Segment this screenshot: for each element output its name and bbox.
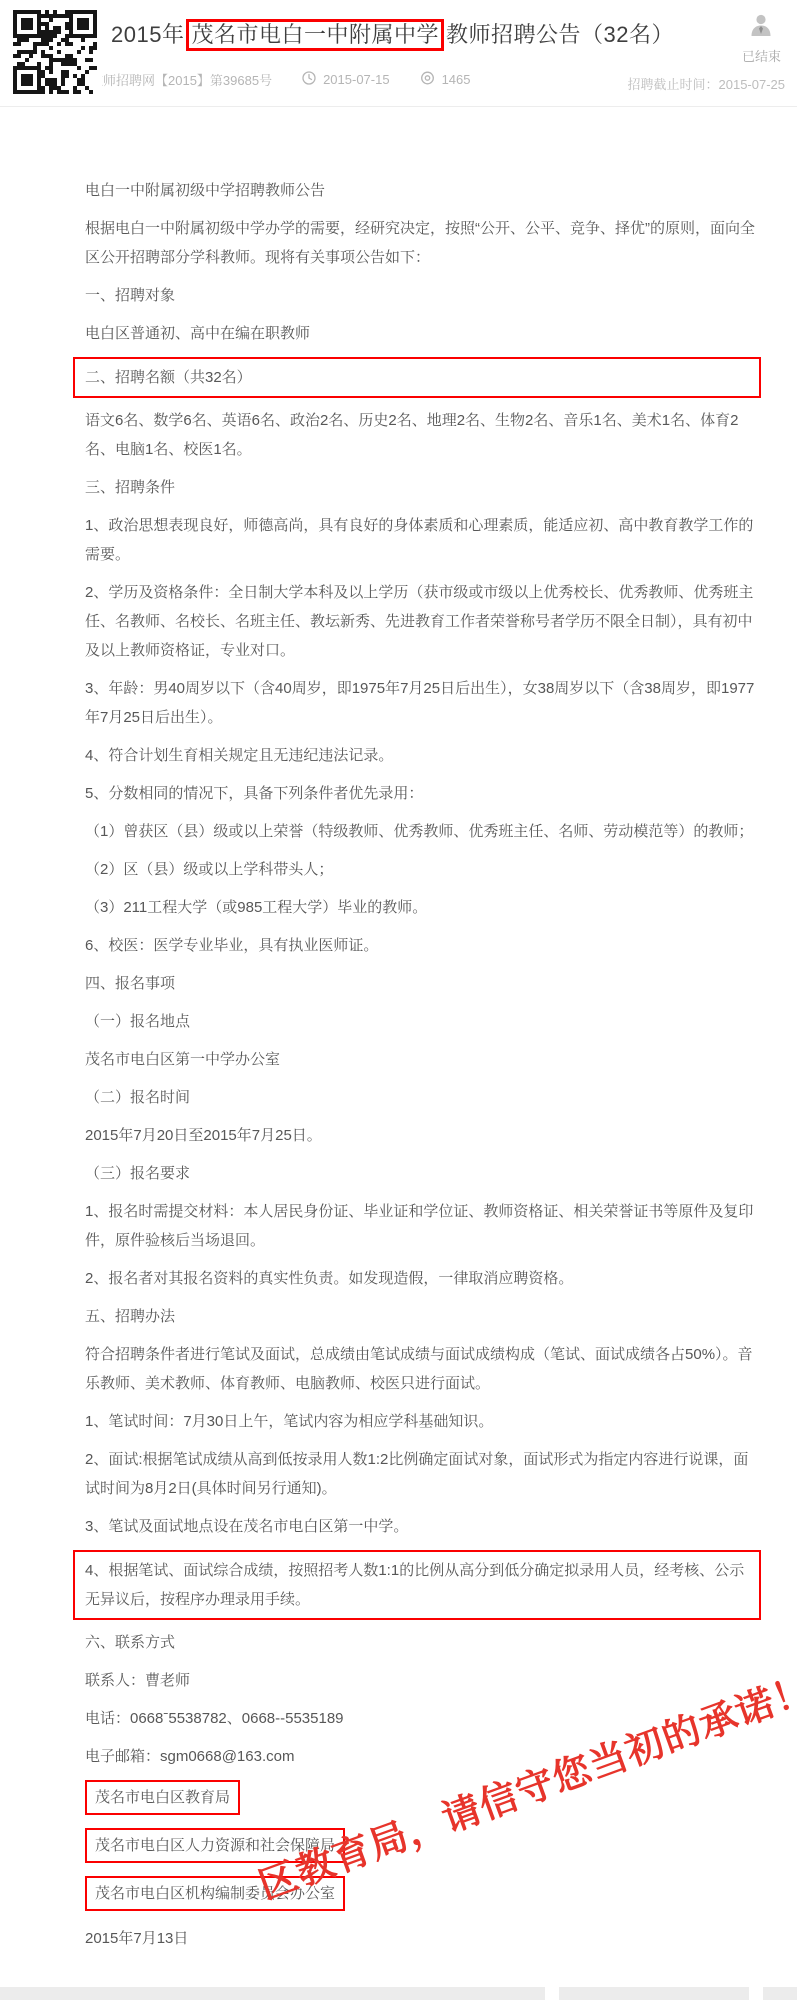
- footer-divider-segment: [0, 1987, 545, 2000]
- eye-icon: [420, 71, 435, 88]
- paragraph: 1、笔试时间：7月30日上午，笔试内容为相应学科基础知识。: [85, 1407, 757, 1436]
- paragraph: 5、分数相同的情况下，具备下列条件者优先录用：: [85, 779, 757, 808]
- article-meta: 教师招聘网【2015】第39685号 2015-07-15 1465: [90, 70, 471, 89]
- paragraph: 三、招聘条件: [85, 473, 757, 502]
- qr-code: [8, 5, 102, 99]
- paragraph: （二）报名时间: [85, 1083, 757, 1112]
- paragraph: 2、学历及资格条件：全日制大学本科及以上学历（获市级或市级以上优秀校长、优秀教师…: [85, 578, 757, 665]
- announcement-body: 电白一中附属初级中学招聘教师公告根据电白一中附属初级中学办学的需要，经研究决定，…: [85, 176, 757, 1962]
- status-badge: 已结束: [742, 46, 781, 65]
- paragraph: （2）区（县）级或以上学科带头人；: [85, 855, 757, 884]
- paragraph: 符合招聘条件者进行笔试及面试，总成绩由笔试成绩与面试成绩构成（笔试、面试成绩各占…: [85, 1340, 757, 1398]
- paragraph: 电白区普通初、高中在编在职教师: [85, 319, 757, 348]
- paragraph: （一）报名地点: [85, 1007, 757, 1036]
- paragraph: （3）211工程大学（或985工程大学）毕业的教师。: [85, 893, 757, 922]
- highlighted-paragraph: 4、根据笔试、面试综合成绩，按照招考人数1:1的比例从高分到低分确定拟录用人员，…: [73, 1550, 761, 1620]
- person-icon: [748, 25, 774, 42]
- paragraph: 六、联系方式: [85, 1628, 757, 1657]
- signature-line: 茂名市电白区机构编制委员会办公室: [85, 1876, 757, 1911]
- qr-code-pattern: [13, 10, 97, 94]
- paragraph: 3、笔试及面试地点设在茂名市电白区第一中学。: [85, 1512, 757, 1541]
- issue-number: 教师招聘网【2015】第39685号: [90, 70, 272, 89]
- clock-icon: [302, 71, 316, 88]
- highlighted-paragraph: 二、招聘名额（共32名）: [73, 357, 761, 398]
- paragraph: 五、招聘办法: [85, 1302, 757, 1331]
- paragraph: 四、报名事项: [85, 969, 757, 998]
- view-count: 1465: [442, 72, 471, 87]
- paragraph: 6、校医：医学专业毕业，具有执业医师证。: [85, 931, 757, 960]
- page-title: 2015年茂名市电白一中附属中学教师招聘公告（32名）: [111, 18, 674, 51]
- title-suffix: 教师招聘公告（32名）: [446, 22, 674, 47]
- paragraph: 茂名市电白区第一中学办公室: [85, 1045, 757, 1074]
- paragraph: 电白一中附属初级中学招聘教师公告: [85, 176, 757, 205]
- paragraph: 1、政治思想表现良好，师德高尚，具有良好的身体素质和心理素质，能适应初、高中教育…: [85, 511, 757, 569]
- paragraph: 2、面试:根据笔试成绩从高到低按录用人数1:2比例确定面试对象，面试形式为指定内…: [85, 1445, 757, 1503]
- paragraph: 1、报名时需提交材料：本人居民身份证、毕业证和学位证、教师资格证、相关荣誉证书等…: [85, 1197, 757, 1255]
- paragraph: （1）曾获区（县）级或以上荣誉（特级教师、优秀教师、优秀班主任、名师、劳动模范等…: [85, 817, 757, 846]
- title-highlight-box: 茂名市电白一中附属中学: [186, 19, 444, 51]
- paragraph: 一、招聘对象: [85, 281, 757, 310]
- paragraph: （三）报名要求: [85, 1159, 757, 1188]
- deadline-text: 招聘截止时间：2015-07-25: [628, 74, 786, 93]
- paragraph: 4、符合计划生育相关规定且无违纪违法记录。: [85, 741, 757, 770]
- title-prefix: 2015年: [111, 22, 184, 47]
- paragraph: 语文6名、数学6名、英语6名、政治2名、历史2名、地理2名、生物2名、音乐1名、…: [85, 406, 757, 464]
- footer-divider-segment: [763, 1987, 797, 2000]
- paragraph: 2015年7月20日至2015年7月25日。: [85, 1121, 757, 1150]
- paragraph: 联系人：曹老师: [85, 1666, 757, 1695]
- paragraph: 2、报名者对其报名资料的真实性负责。如发现造假，一律取消应聘资格。: [85, 1264, 757, 1293]
- status-block: 已结束: [742, 12, 781, 65]
- signature-box: 茂名市电白区教育局: [85, 1780, 240, 1815]
- publish-date: 2015-07-15: [323, 72, 390, 87]
- footer-divider-segment: [559, 1987, 749, 2000]
- paragraph: 根据电白一中附属初级中学办学的需要，经研究决定，按照“公开、公平、竞争、择优”的…: [85, 214, 757, 272]
- paragraph: 3、年龄：男40周岁以下（含40周岁，即1975年7月25日后出生），女38周岁…: [85, 674, 757, 732]
- paragraph: 2015年7月13日: [85, 1924, 757, 1953]
